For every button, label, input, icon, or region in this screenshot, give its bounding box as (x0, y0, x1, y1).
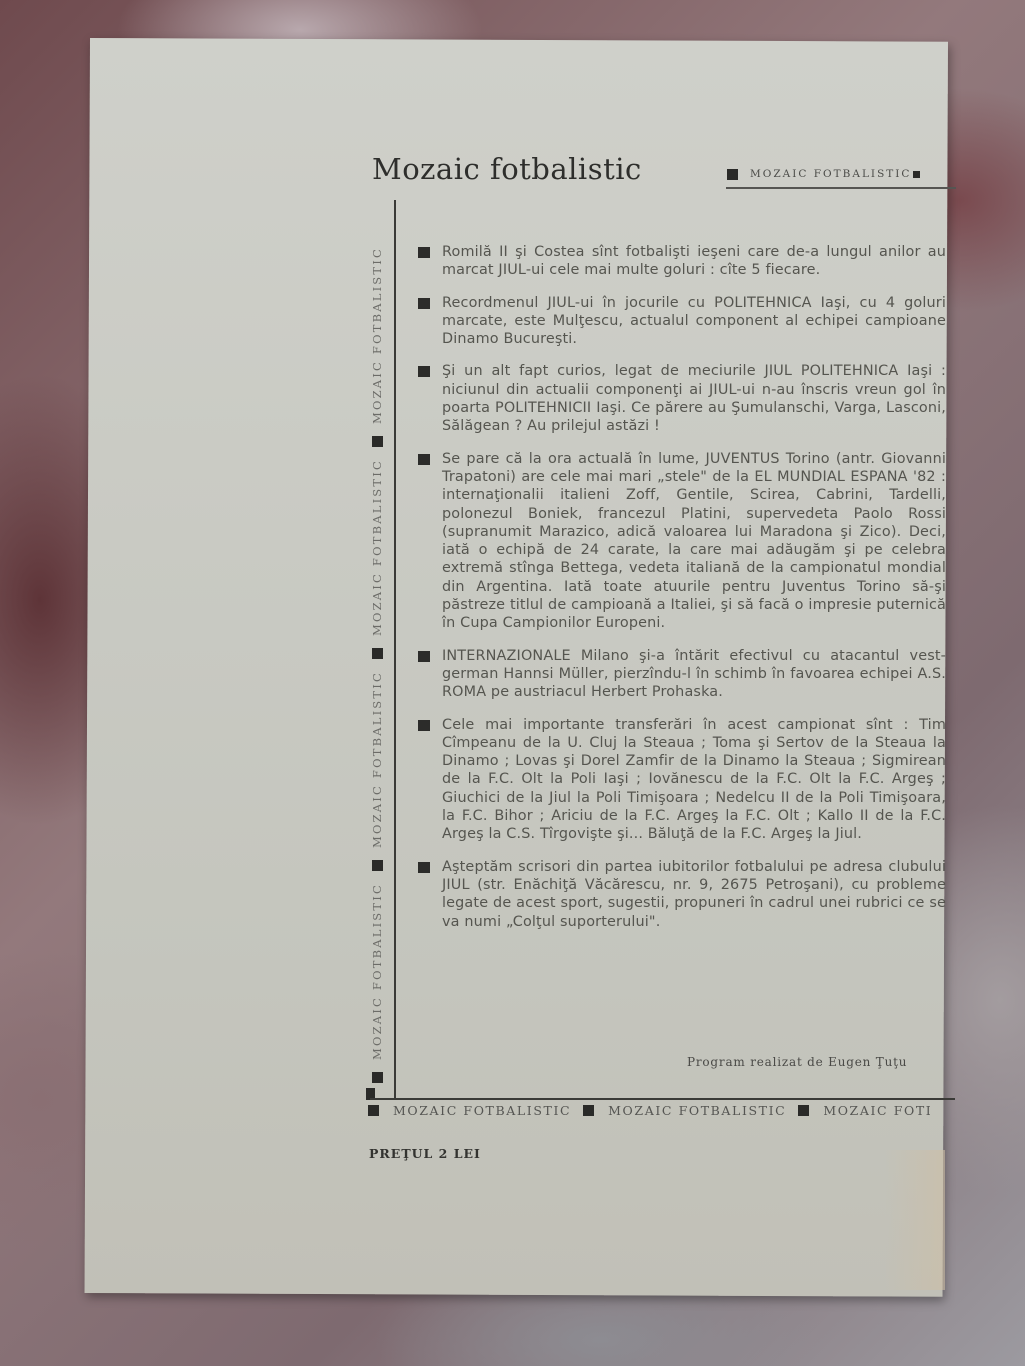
news-item-text: Şi un alt fapt curios, legat de meciuril… (442, 363, 946, 434)
square-bullet-icon (583, 1105, 594, 1116)
side-bar-segment: MOZAIC FOTBALISTIC (370, 883, 384, 1060)
news-item-text: INTERNAZIONALE Milano şi-a întărit efect… (442, 648, 946, 701)
news-item: Şi un alt fapt curios, legat de meciuril… (416, 362, 946, 435)
masthead: Mozaic fotbalistic MOZAIC FOTBALISTIC (372, 152, 952, 192)
masthead-rule (726, 187, 956, 189)
bottom-strip-segment: MOZAIC FOTBALISTIC (608, 1103, 786, 1118)
square-bullet-icon (418, 720, 430, 731)
square-bullet-icon (418, 651, 430, 662)
side-bar-segment: MOZAIC FOTBALISTIC (370, 671, 384, 848)
page-title: Mozaic fotbalistic (372, 152, 642, 186)
square-bullet-icon (798, 1105, 809, 1116)
square-bullet-icon (727, 169, 738, 180)
news-item-text: Romilă II şi Costea sînt fotbalişti ieşe… (442, 244, 946, 278)
price-label: PREŢUL 2 LEI (369, 1146, 481, 1161)
news-item: Aşteptăm scrisori din partea iubitorilor… (416, 858, 946, 931)
square-bullet-icon (372, 1072, 383, 1083)
news-item: Romilă II şi Costea sînt fotbalişti ieşe… (416, 243, 946, 280)
side-bar: MOZAIC FOTBALISTIC MOZAIC FOTBALISTIC MO… (362, 200, 392, 1095)
credit-line: Program realizat de Eugen Ţuţu (687, 1055, 907, 1069)
news-item: INTERNAZIONALE Milano şi-a întărit efect… (416, 647, 946, 702)
news-items: Romilă II şi Costea sînt fotbalişti ieşe… (416, 243, 946, 945)
side-bar-segment: MOZAIC FOTBALISTIC (370, 459, 384, 636)
square-bullet-icon (913, 171, 920, 178)
bottom-strip: MOZAIC FOTBALISTIC MOZAIC FOTBALISTIC MO… (368, 1100, 958, 1120)
square-bullet-icon (368, 1105, 379, 1116)
news-item-text: Recordmenul JIUL-ui în jocurile cu POLIT… (442, 295, 946, 348)
square-bullet-icon (418, 862, 430, 873)
masthead-tag-label: MOZAIC FOTBALISTIC (750, 168, 911, 180)
side-bar-segment: MOZAIC FOTBALISTIC (370, 247, 384, 424)
news-item-text: Aşteptăm scrisori din partea iubitorilor… (442, 859, 946, 930)
vertical-rule (394, 200, 396, 1100)
news-item: Cele mai importante transferări în acest… (416, 716, 946, 844)
news-item-text: Cele mai importante transferări în acest… (442, 717, 946, 843)
masthead-tag: MOZAIC FOTBALISTIC (727, 168, 920, 180)
square-bullet-icon (372, 436, 383, 447)
bottom-strip-segment: MOZAIC FOTI (823, 1103, 932, 1118)
paper-fold-shadow (885, 1150, 945, 1290)
news-item-text: Se pare că la ora actuală în lume, JUVEN… (442, 451, 946, 632)
square-bullet-icon (418, 454, 430, 465)
news-item: Recordmenul JIUL-ui în jocurile cu POLIT… (416, 294, 946, 349)
square-bullet-icon (372, 648, 383, 659)
side-bar-text: MOZAIC FOTBALISTIC MOZAIC FOTBALISTIC MO… (362, 200, 392, 1095)
square-bullet-icon (418, 247, 430, 258)
news-item: Se pare că la ora actuală în lume, JUVEN… (416, 450, 946, 633)
square-bullet-icon (372, 860, 383, 871)
bottom-strip-segment: MOZAIC FOTBALISTIC (393, 1103, 571, 1118)
square-bullet-icon (418, 366, 430, 377)
square-bullet-icon (418, 298, 430, 309)
